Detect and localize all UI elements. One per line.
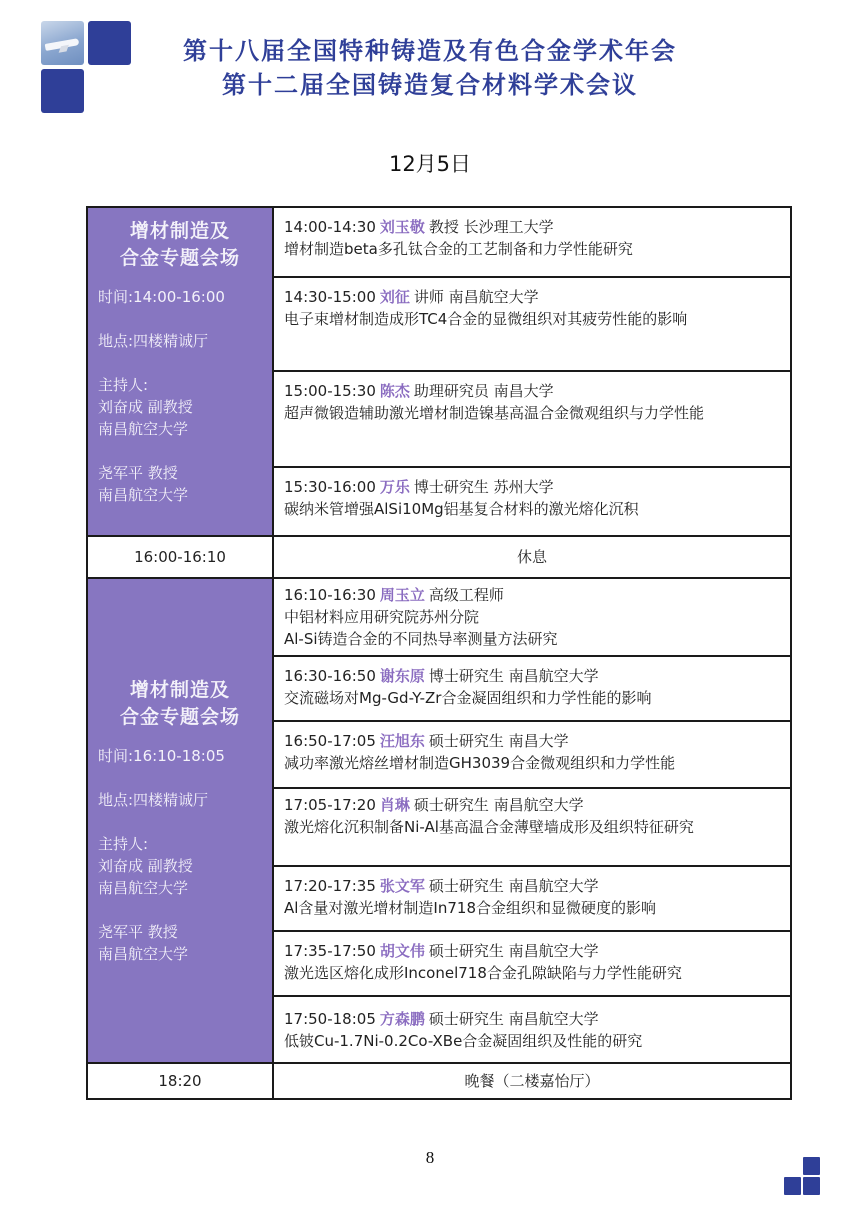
venue-title: 增材制造及 合金专题会场 xyxy=(98,677,272,731)
talk-title: 减功率激光熔丝增材制造GH3039合金微观组织和力学性能 xyxy=(284,752,780,774)
corner-decoration xyxy=(784,1157,820,1195)
venue-cell: 增材制造及 合金专题会场 时间:14:00-16:00 地点:四楼精诚厅 主持人… xyxy=(87,207,273,536)
title-line-1: 第十八届全国特种铸造及有色合金学术年会 xyxy=(150,34,710,68)
speaker-info: 硕士研究生 南昌航空大学 xyxy=(429,1010,599,1028)
talk-time: 14:30-15:00 xyxy=(284,288,376,306)
break-label: 休息 xyxy=(273,536,791,578)
break-time: 16:00-16:10 xyxy=(87,536,273,578)
speaker-name: 刘征 xyxy=(380,288,410,306)
break-row: 16:00-16:10 休息 xyxy=(87,536,791,578)
talk-title: 激光选区熔化成形Inconel718合金孔隙缺陷与力学性能研究 xyxy=(284,962,780,984)
talk-cell: 14:00-14:30刘玉敬教授 长沙理工大学 增材制造beta多孔钛合金的工艺… xyxy=(273,207,791,277)
speaker-name: 周玉立 xyxy=(380,586,425,604)
host-1-org: 南昌航空大学 xyxy=(98,418,272,440)
title-line-2: 第十二届全国铸造复合材料学术会议 xyxy=(150,68,710,102)
venue-title-line: 合金专题会场 xyxy=(98,245,262,272)
venue-title-line: 增材制造及 xyxy=(98,218,262,245)
speaker-info: 助理研究员 南昌大学 xyxy=(414,382,554,400)
host-label: 主持人: xyxy=(98,374,272,396)
logo-square xyxy=(88,21,131,65)
talk-title: 增材制造beta多孔钛合金的工艺制备和力学性能研究 xyxy=(284,238,780,260)
speaker-info: 硕士研究生 南昌航空大学 xyxy=(429,942,599,960)
logo-square xyxy=(41,69,84,113)
talk-title: Al-Si铸造合金的不同热导率测量方法研究 xyxy=(284,628,780,650)
venue-title: 增材制造及 合金专题会场 xyxy=(98,218,272,272)
talk-title: 激光熔化沉积制备Ni-Al基高温合金薄壁墙成形及组织特征研究 xyxy=(284,816,780,838)
talk-title: 交流磁场对Mg-Gd-Y-Zr合金凝固组织和力学性能的影响 xyxy=(284,687,780,709)
schedule-date: 12月5日 xyxy=(0,148,860,178)
venue-place: 地点:四楼精诚厅 xyxy=(98,330,272,352)
talk-title: 低铍Cu-1.7Ni-0.2Co-XBe合金凝固组织及性能的研究 xyxy=(284,1030,780,1052)
speaker-info: 博士研究生 苏州大学 xyxy=(414,478,554,496)
speaker-info: 硕士研究生 南昌航空大学 xyxy=(414,796,584,814)
airplane-photo-icon xyxy=(41,21,84,65)
break-row: 18:20 晚餐（二楼嘉怡厅） xyxy=(87,1063,791,1099)
corner-square xyxy=(803,1177,820,1195)
speaker-name: 陈杰 xyxy=(380,382,410,400)
host-1-org: 南昌航空大学 xyxy=(98,877,272,899)
corner-square xyxy=(803,1157,820,1175)
talk-title: Al含量对激光增材制造In718合金组织和显微硬度的影响 xyxy=(284,897,780,919)
conference-logo xyxy=(41,21,133,114)
talk-cell: 16:10-16:30周玉立高级工程师 中铝材料应用研究院苏州分院 Al-Si铸… xyxy=(273,578,791,656)
talk-time: 16:50-17:05 xyxy=(284,732,376,750)
host-1-name: 刘奋成 副教授 xyxy=(98,855,272,877)
speaker-info: 高级工程师 xyxy=(429,586,504,604)
speaker-name: 张文军 xyxy=(380,877,425,895)
talk-cell: 17:05-17:20肖琳硕士研究生 南昌航空大学 激光熔化沉积制备Ni-Al基… xyxy=(273,788,791,866)
venue-title-line: 合金专题会场 xyxy=(98,704,262,731)
talk-cell: 15:00-15:30陈杰助理研究员 南昌大学 超声微锻造辅助激光增材制造镍基高… xyxy=(273,371,791,467)
talk-cell: 17:50-18:05方森鹏硕士研究生 南昌航空大学 低铍Cu-1.7Ni-0.… xyxy=(273,996,791,1063)
talk-cell: 17:20-17:35张文军硕士研究生 南昌航空大学 Al含量对激光增材制造In… xyxy=(273,866,791,931)
host-label: 主持人: xyxy=(98,833,272,855)
talk-time: 16:10-16:30 xyxy=(284,586,376,604)
corner-square xyxy=(784,1177,801,1195)
venue-time: 时间:16:10-18:05 xyxy=(98,745,272,767)
speaker-name: 刘玉敬 xyxy=(380,218,425,236)
speaker-name: 肖琳 xyxy=(380,796,410,814)
speaker-name: 方森鹏 xyxy=(380,1010,425,1028)
host-2-name: 尧军平 教授 xyxy=(98,462,272,484)
break-label: 晚餐（二楼嘉怡厅） xyxy=(273,1063,791,1099)
talk-time: 16:30-16:50 xyxy=(284,667,376,685)
speaker-name: 谢东原 xyxy=(380,667,425,685)
host-2-org: 南昌航空大学 xyxy=(98,943,272,965)
table-row: 增材制造及 合金专题会场 时间:16:10-18:05 地点:四楼精诚厅 主持人… xyxy=(87,578,791,656)
speaker-info: 硕士研究生 南昌航空大学 xyxy=(429,877,599,895)
speaker-info: 博士研究生 南昌航空大学 xyxy=(429,667,599,685)
host-1-name: 刘奋成 副教授 xyxy=(98,396,272,418)
venue-time: 时间:14:00-16:00 xyxy=(98,286,272,308)
venue-cell: 增材制造及 合金专题会场 时间:16:10-18:05 地点:四楼精诚厅 主持人… xyxy=(87,578,273,1063)
talk-time: 17:05-17:20 xyxy=(284,796,376,814)
speaker-info: 硕士研究生 南昌大学 xyxy=(429,732,569,750)
talk-title: 超声微锻造辅助激光增材制造镍基高温合金微观组织与力学性能 xyxy=(284,402,780,424)
host-2-org: 南昌航空大学 xyxy=(98,484,272,506)
speaker-name: 汪旭东 xyxy=(380,732,425,750)
talk-time: 17:35-17:50 xyxy=(284,942,376,960)
speaker-name: 万乐 xyxy=(380,478,410,496)
talk-cell: 15:30-16:00万乐博士研究生 苏州大学 碳纳米管增强AlSi10Mg铝基… xyxy=(273,467,791,536)
venue-title-line: 增材制造及 xyxy=(98,677,262,704)
speaker-name: 胡文伟 xyxy=(380,942,425,960)
venue-place: 地点:四楼精诚厅 xyxy=(98,789,272,811)
table-row: 增材制造及 合金专题会场 时间:14:00-16:00 地点:四楼精诚厅 主持人… xyxy=(87,207,791,277)
talk-time: 14:00-14:30 xyxy=(284,218,376,236)
talk-cell: 16:30-16:50谢东原博士研究生 南昌航空大学 交流磁场对Mg-Gd-Y-… xyxy=(273,656,791,721)
talk-title: 碳纳米管增强AlSi10Mg铝基复合材料的激光熔化沉积 xyxy=(284,498,780,520)
page-title: 第十八届全国特种铸造及有色合金学术年会 第十二届全国铸造复合材料学术会议 xyxy=(150,34,710,102)
talk-cell: 17:35-17:50胡文伟硕士研究生 南昌航空大学 激光选区熔化成形Incon… xyxy=(273,931,791,996)
talk-time: 15:00-15:30 xyxy=(284,382,376,400)
talk-time: 17:20-17:35 xyxy=(284,877,376,895)
schedule-table: 增材制造及 合金专题会场 时间:14:00-16:00 地点:四楼精诚厅 主持人… xyxy=(86,206,792,1100)
page-number: 8 xyxy=(0,1148,860,1168)
speaker-info: 教授 长沙理工大学 xyxy=(429,218,554,236)
talk-time: 17:50-18:05 xyxy=(284,1010,376,1028)
talk-time: 15:30-16:00 xyxy=(284,478,376,496)
host-2-name: 尧军平 教授 xyxy=(98,921,272,943)
talk-title: 电子束增材制造成形TC4合金的显微组织对其疲劳性能的影响 xyxy=(284,308,780,330)
talk-cell: 14:30-15:00刘征讲师 南昌航空大学 电子束增材制造成形TC4合金的显微… xyxy=(273,277,791,371)
break-time: 18:20 xyxy=(87,1063,273,1099)
talk-cell: 16:50-17:05汪旭东硕士研究生 南昌大学 减功率激光熔丝增材制造GH30… xyxy=(273,721,791,788)
speaker-info: 讲师 南昌航空大学 xyxy=(414,288,539,306)
speaker-org: 中铝材料应用研究院苏州分院 xyxy=(284,606,780,628)
